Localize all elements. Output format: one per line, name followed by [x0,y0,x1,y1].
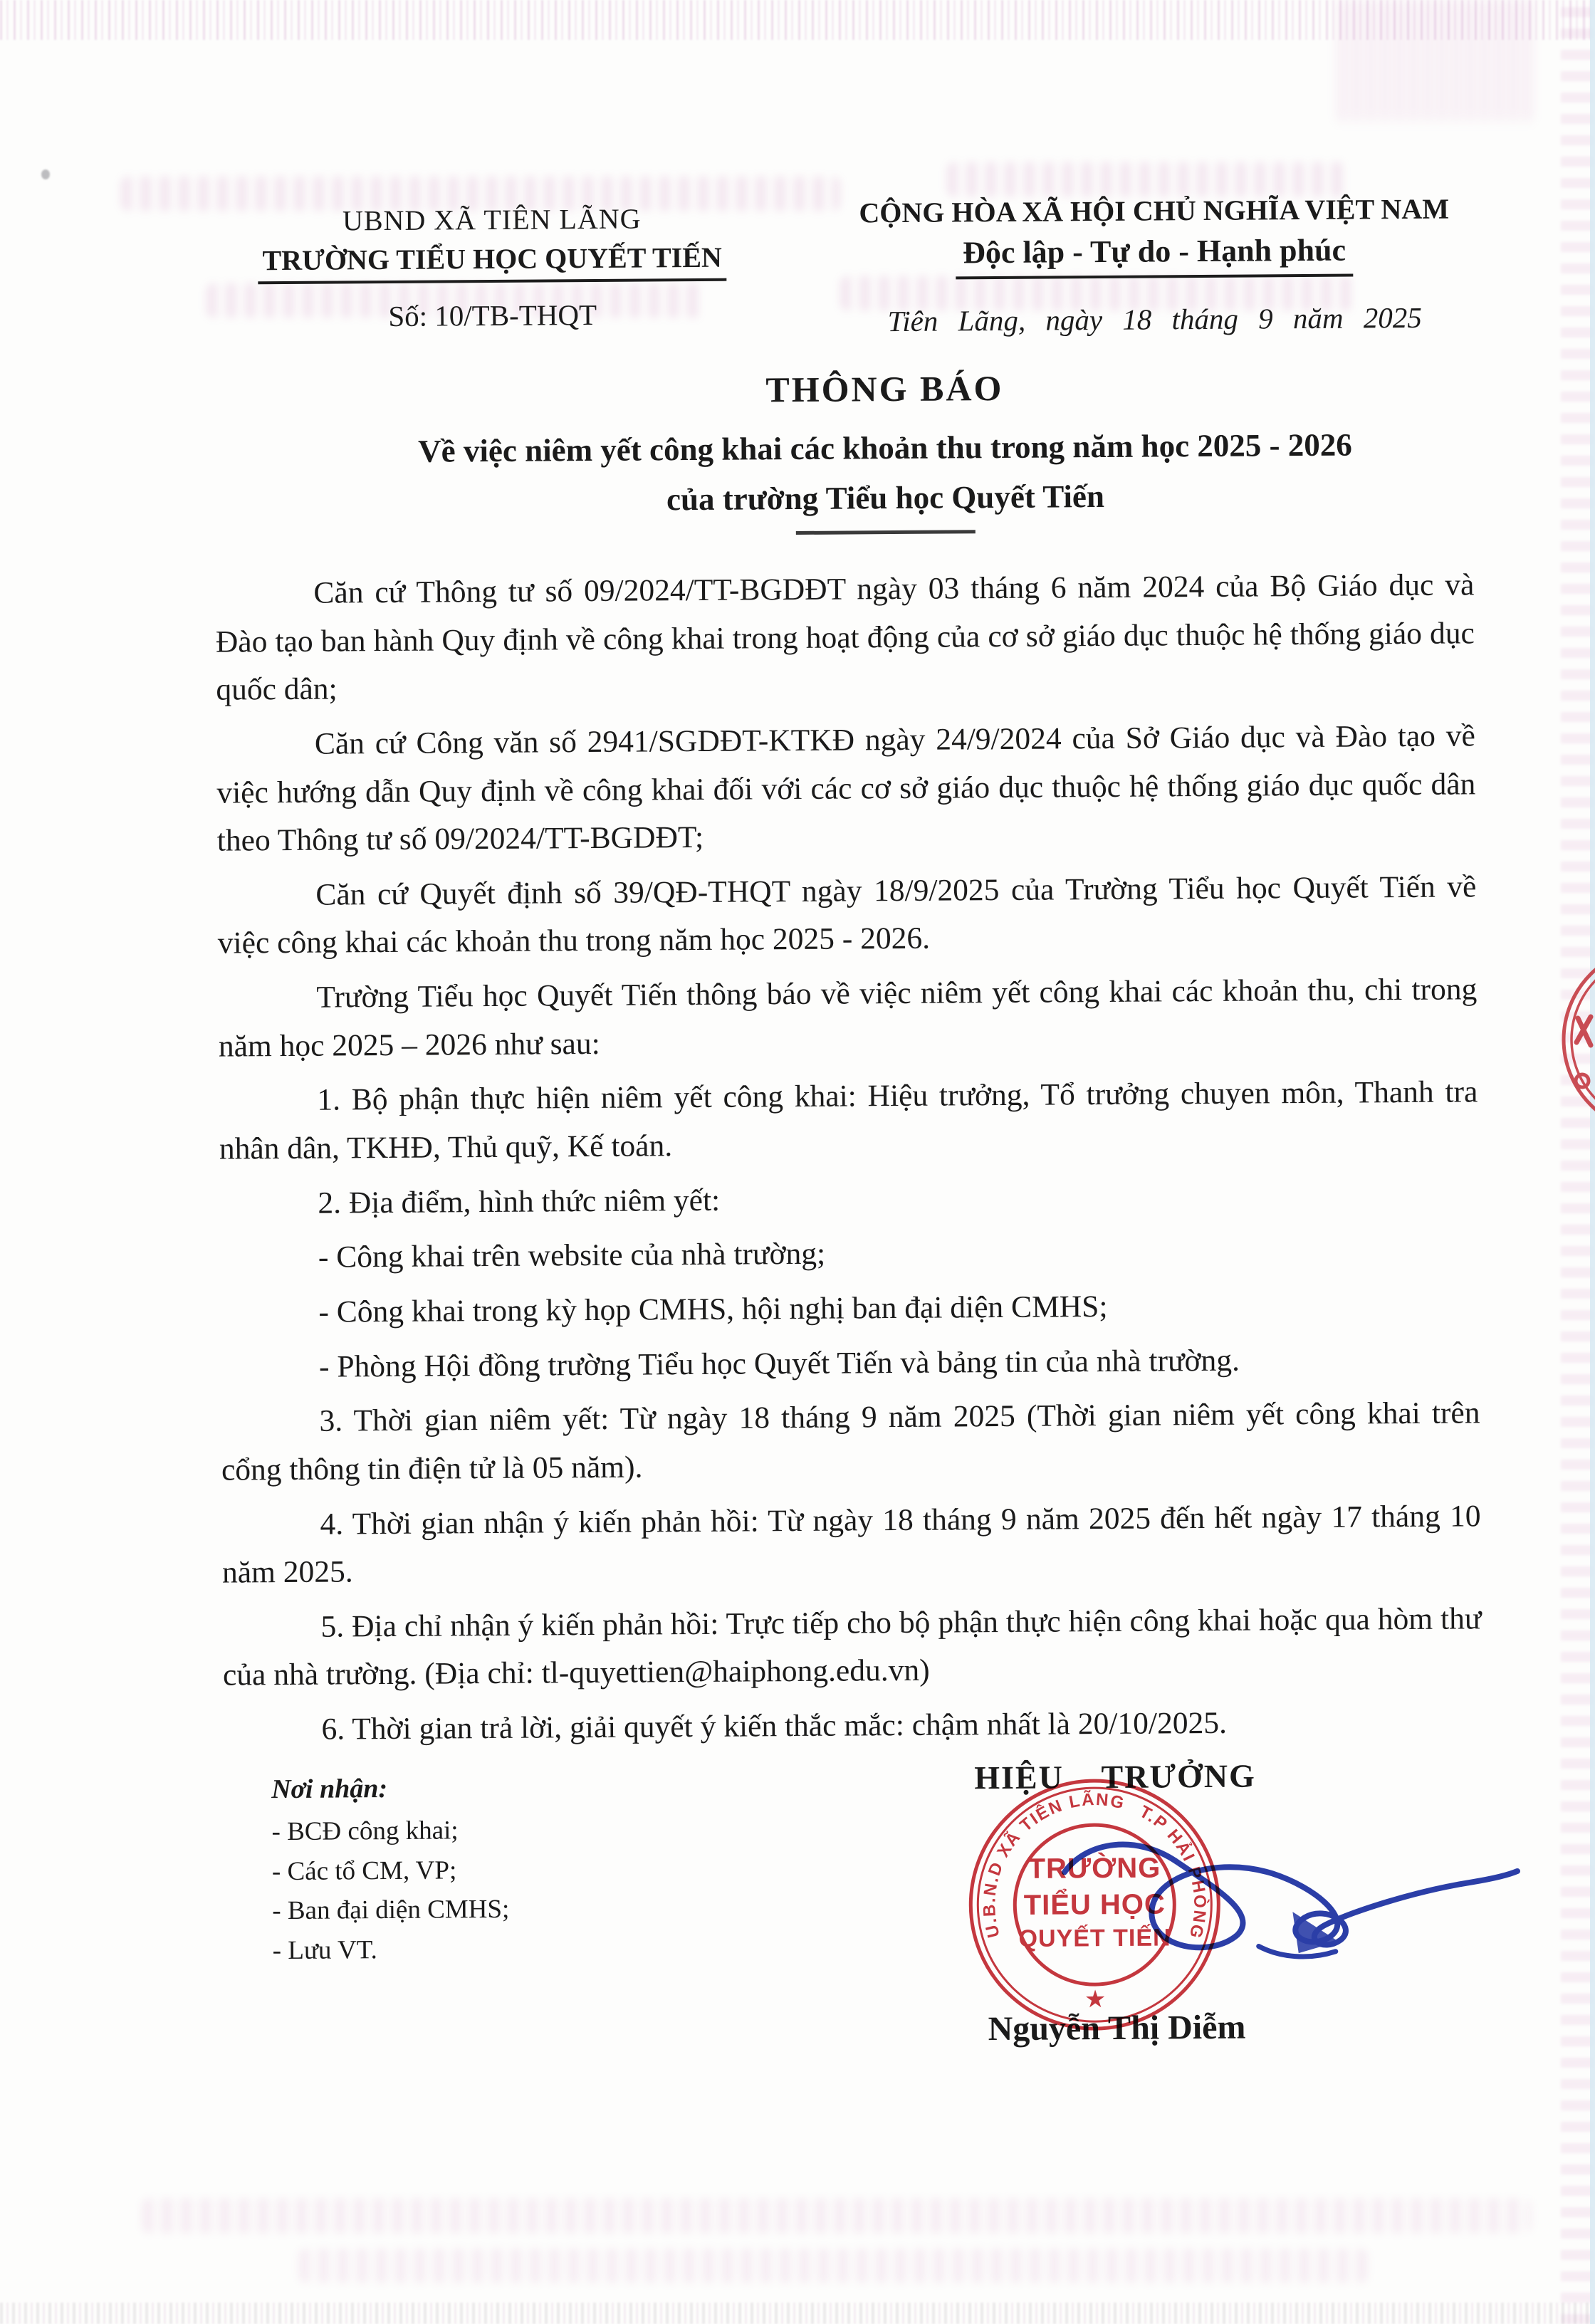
body-paragraph: - Phòng Hội đồng trường Tiểu học Quyết T… [221,1335,1480,1392]
national-title: CỘNG HÒA XÃ HỘI CHỦ NGHĨA VIỆT NAM [791,192,1517,230]
doc-number: Số: 10/TB-THQT [201,296,785,335]
announcement-title: THÔNG BÁO [229,364,1539,414]
body-paragraph: Căn cứ Quyết định số 39/QĐ-THQT ngày 18/… [217,863,1477,968]
announcement-subtitle: Về việc niêm yết công khai các khoản thu… [230,419,1541,528]
signature-scribble [1044,1804,1529,1971]
national-motto: Độc lập - Tự do - Hạnh phúc [791,231,1517,281]
scanned-announcement-page: UBND XÃ TIÊN LÃNG TRƯỜNG TIỂU HỌC QUYẾT … [0,0,1595,2324]
body-paragraph: 6. Thời gian trả lời, giải quyết ý kiến … [223,1697,1482,1754]
document-content: UBND XÃ TIÊN LÃNG TRƯỜNG TIỂU HỌC QUYẾT … [0,0,1595,2324]
announcement-subtitle-line2: của trường Tiểu học Quyết Tiến [230,469,1540,528]
announcement-subtitle-line1: Về việc niêm yết công khai các khoản thu… [230,419,1540,478]
edge-stamp-letter-fragment [1576,1017,1591,1045]
recipients-list: - BCĐ công khai;- Các tổ CM, VP;- Ban đạ… [271,1811,510,1970]
title-block: THÔNG BÁO Về việc niêm yết công khai các… [229,364,1541,538]
recipient-item: - BCĐ công khai; [271,1811,508,1852]
recipients-heading: Nơi nhận: [271,1772,508,1805]
recipients-block: Nơi nhận: - BCĐ công khai;- Các tổ CM, V… [271,1772,510,1970]
recipient-item: - Ban đại diện CMHS; [272,1890,509,1931]
issuing-org-block: UBND XÃ TIÊN LÃNG TRƯỜNG TIỂU HỌC QUYẾT … [200,201,785,335]
signer-name: Nguyễn Thị Diễm [821,2006,1412,2050]
national-header-block: CỘNG HÒA XÃ HỘI CHỦ NGHĨA VIỆT NAM Độc l… [791,192,1518,339]
body-paragraph: 3. Thời gian niêm yết: Từ ngày 18 tháng … [221,1390,1480,1495]
body-paragraph: Trường Tiểu học Quyết Tiến thông báo về … [218,965,1478,1071]
title-underline [796,530,976,535]
body-text: Căn cứ Thông tư số 09/2024/TT-BGDĐT ngày… [215,561,1482,1761]
recipient-item: - Các tổ CM, VP; [272,1850,509,1891]
recipient-item: - Lưu VT. [273,1929,510,1970]
body-paragraph: - Công khai trong kỳ họp CMHS, hội nghị … [220,1280,1479,1337]
edge-partial-stamp [1552,938,1595,1141]
body-paragraph: 1. Bộ phận thực hiện niêm yết công khai:… [219,1069,1478,1174]
org-parent-name: UBND XÃ TIÊN LÃNG [200,201,784,239]
body-paragraph: 5. Địa chỉ nhận ý kiến phản hồi: Trực ti… [222,1595,1482,1700]
body-paragraph: 2. Địa điểm, hình thức niêm yết: [219,1171,1478,1228]
place-date-line: Tiên Lãng, ngày 18 tháng 9 năm 2025 [792,300,1518,339]
body-paragraph: Căn cứ Công văn số 2941/SGDĐT-KTKĐ ngày … [216,712,1476,865]
signature-stroke [1065,1842,1518,1949]
body-paragraph: 4. Thời gian nhận ý kiến phản hồi: Từ ng… [221,1492,1481,1598]
body-paragraph: - Công khai trên website của nhà trường; [220,1226,1479,1283]
org-school-name: TRƯỜNG TIỂU HỌC QUYẾT TIẾN [200,240,784,285]
body-paragraph: Căn cứ Thông tư số 09/2024/TT-BGDĐT ngày… [215,561,1475,714]
